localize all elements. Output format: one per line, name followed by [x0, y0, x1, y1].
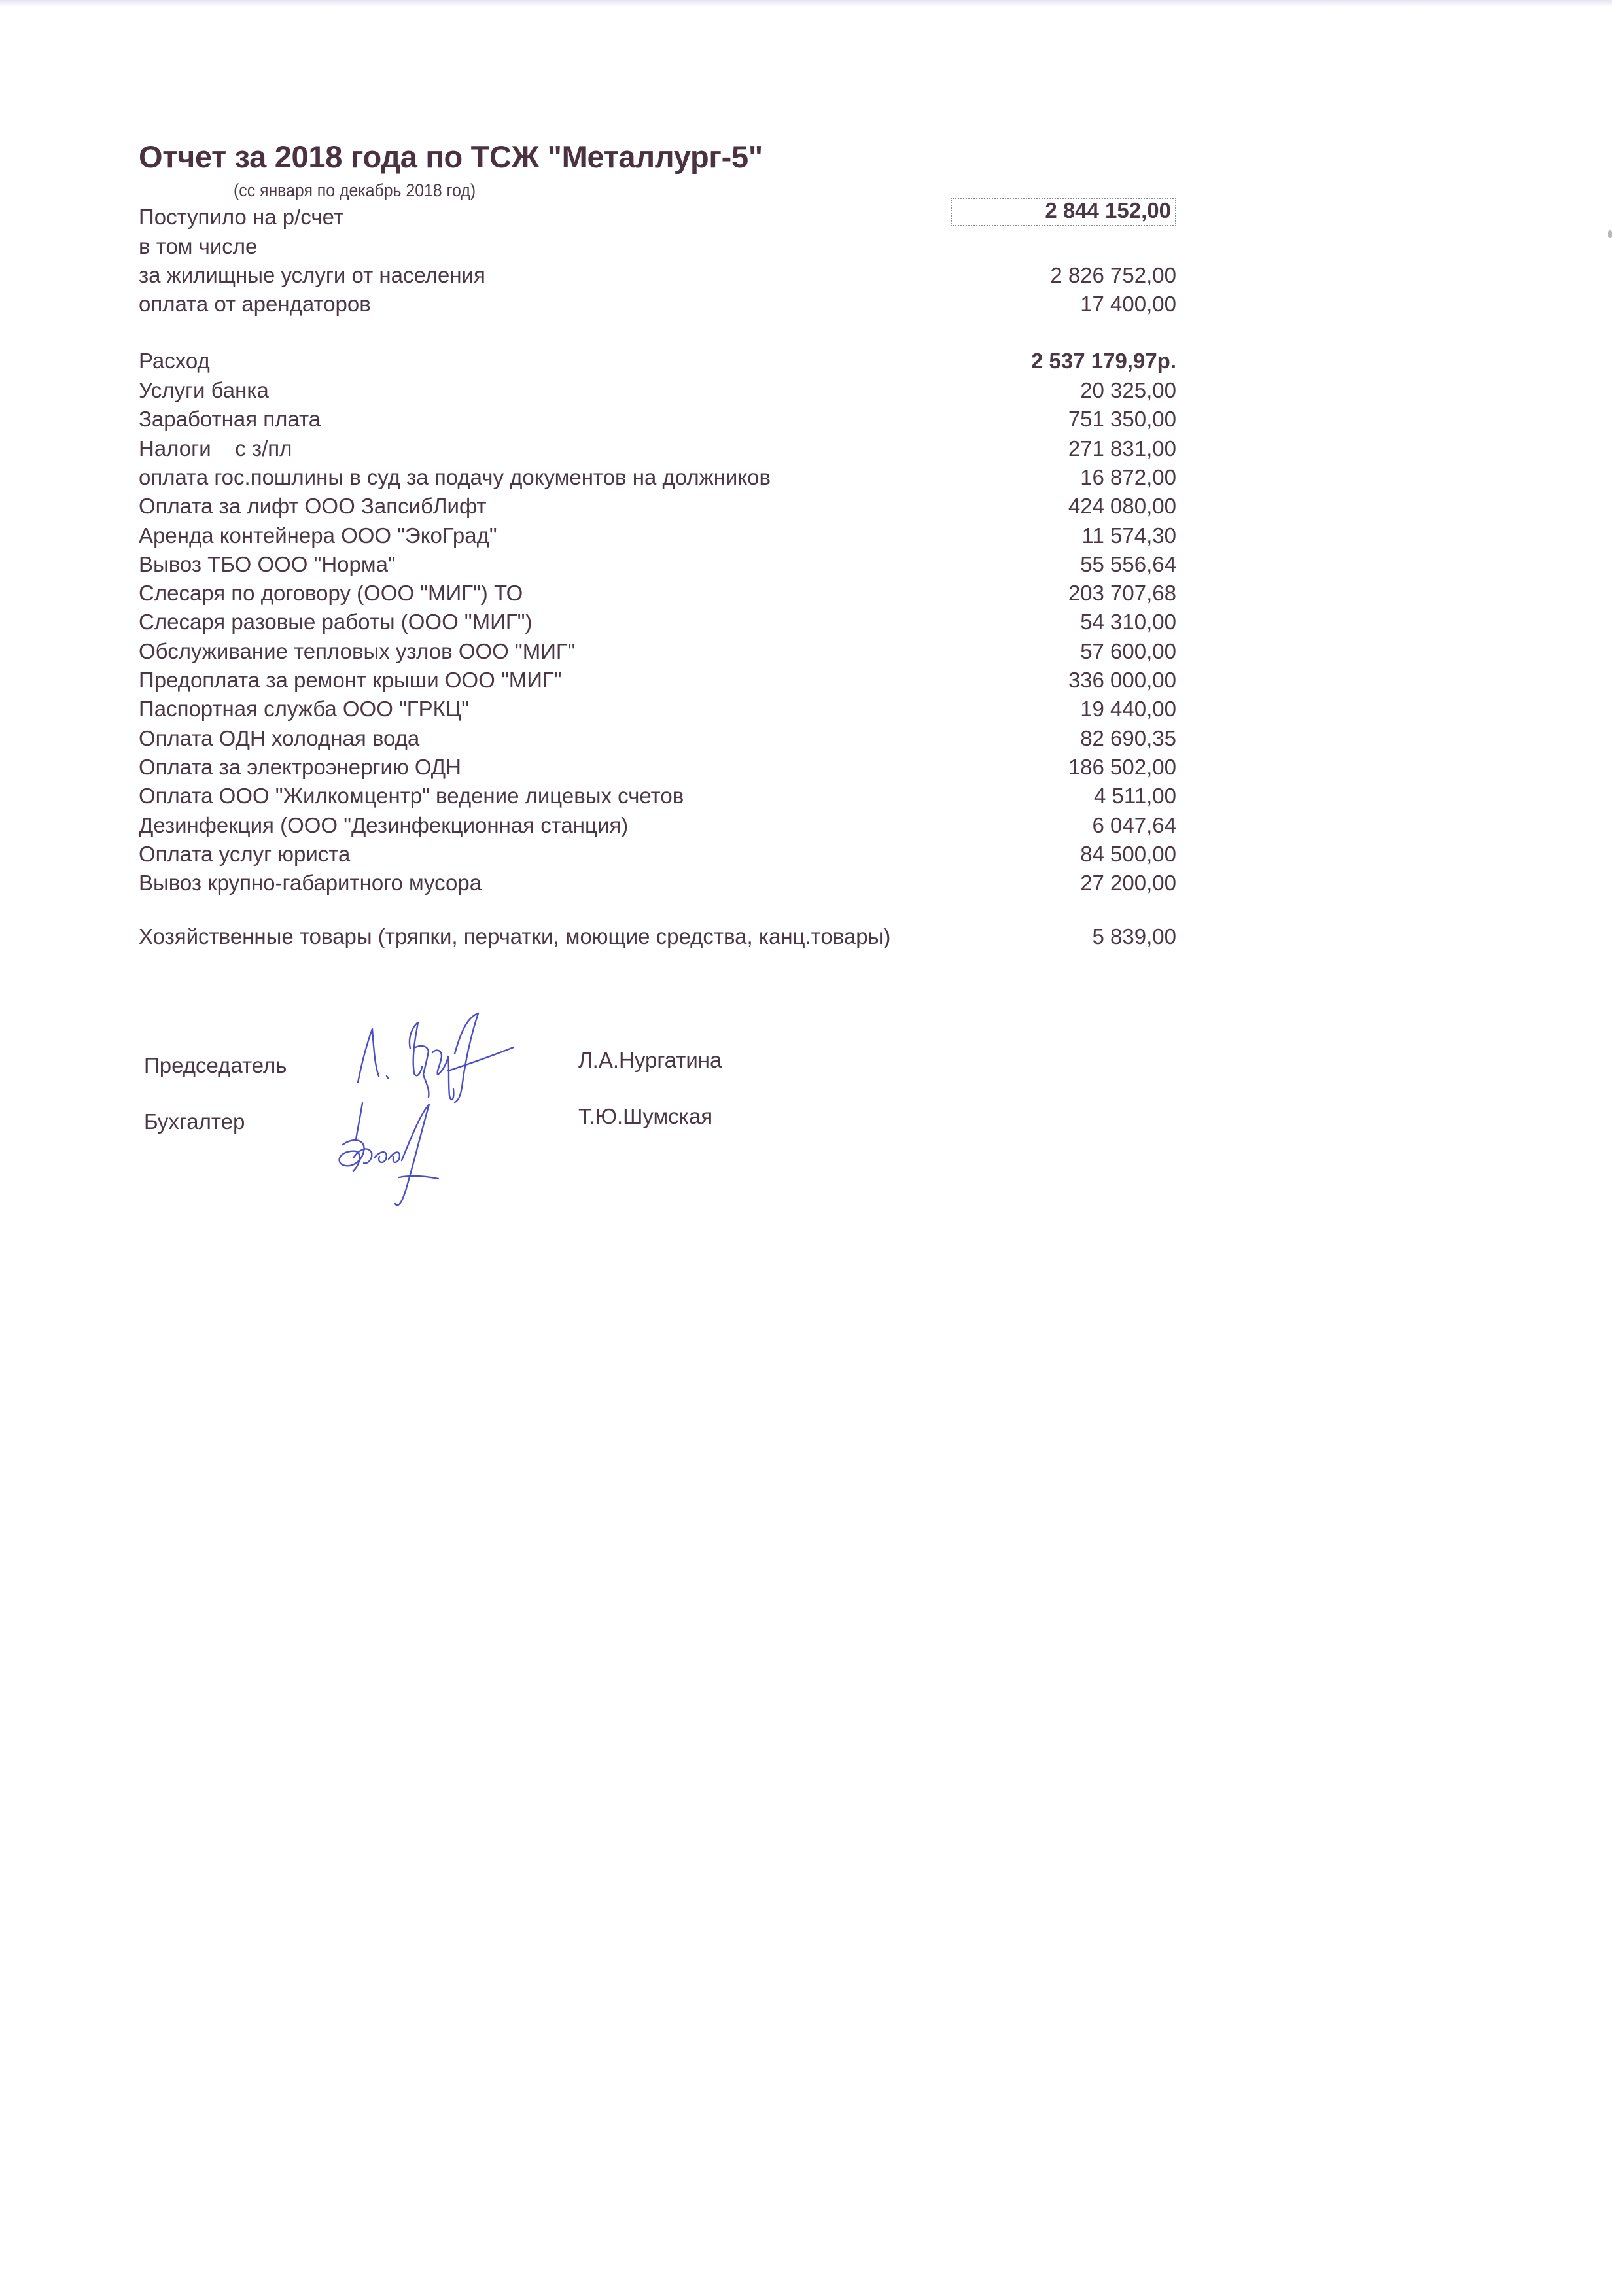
- expense-supplies-row: Хозяйственные товары (тряпки, перчатки, …: [139, 918, 1176, 947]
- expense-item-label: Дезинфекция (ООО "Дезинфекционная станци…: [139, 814, 628, 836]
- chairman-role-label: Председатель: [144, 1054, 287, 1076]
- income-item-label: за жилищные услуги от населения: [139, 264, 485, 286]
- expense-item-amount: 424 080,00: [1068, 495, 1176, 517]
- expense-item-row: Оплата за электроэнергию ОДН186 502,00: [139, 749, 1176, 778]
- income-item-amount: 2 826 752,00: [1050, 264, 1176, 286]
- expense-item-label: Предоплата за ремонт крыши ООО "МИГ": [139, 669, 562, 691]
- expense-item-amount: 186 502,00: [1068, 756, 1176, 778]
- expense-item-row: Обслуживание тепловых узлов ООО "МИГ"57 …: [139, 633, 1176, 662]
- expense-item-amount: 57 600,00: [1080, 640, 1176, 662]
- expense-item-amount: 19 440,00: [1080, 698, 1176, 720]
- expense-item-row: Слесаря по договору (ООО "МИГ") ТО203 70…: [139, 575, 1176, 604]
- expense-item-label: оплата гос.пошлины в суд за подачу докум…: [139, 466, 771, 488]
- expense-item-row: Паспортная служба ООО "ГРКЦ"19 440,00: [139, 691, 1176, 720]
- expense-item-label: Оплата ООО "Жилкомцентр" ведение лицевых…: [139, 785, 684, 807]
- expense-item-label: Оплата за электроэнергию ОДН: [139, 756, 461, 778]
- expense-item-amount: 20 325,00: [1080, 379, 1176, 401]
- income-item-row: за жилищные услуги от населения 2 826 75…: [139, 257, 1176, 286]
- income-item-row: оплата от арендаторов 17 400,00: [139, 286, 1176, 315]
- expense-item-amount: 16 872,00: [1080, 466, 1176, 488]
- expense-item-label: Слесаря разовые работы (ООО "МИГ"): [139, 611, 532, 633]
- expense-item-label: Заработная плата: [139, 408, 321, 430]
- expense-item-amount: 54 310,00: [1080, 611, 1176, 633]
- expense-item-row: Заработная плата751 350,00: [139, 401, 1176, 430]
- expense-item-label: Паспортная служба ООО "ГРКЦ": [139, 698, 469, 720]
- expense-item-label: Оплата услуг юриста: [139, 843, 350, 865]
- expense-item-row: Аренда контейнера ООО "ЭкоГрад"11 574,30: [139, 517, 1176, 546]
- expense-item-row: оплата гос.пошлины в суд за подачу докум…: [139, 459, 1176, 488]
- expense-item-amount: 6 047,64: [1093, 814, 1176, 836]
- document-period: (сс января по декабрь 2018 год): [234, 181, 476, 201]
- expense-item-row: Оплата ОДН холодная вода82 690,35: [139, 720, 1176, 749]
- expense-item-row: Слесаря разовые работы (ООО "МИГ")54 310…: [139, 604, 1176, 633]
- expense-item-amount: 271 831,00: [1068, 438, 1176, 459]
- expense-item-amount: 4 511,00: [1094, 785, 1176, 807]
- expense-item-amount: 11 574,30: [1082, 525, 1176, 546]
- expense-item-row: Налоги с з/пл271 831,00: [139, 430, 1176, 459]
- expense-item-amount: 336 000,00: [1068, 669, 1176, 691]
- expense-item-amount: 27 200,00: [1080, 872, 1176, 894]
- expense-item-amount: 203 707,68: [1068, 582, 1176, 604]
- expense-item-row: Вывоз ТБО ООО "Норма"55 556,64: [139, 546, 1176, 575]
- income-total-amount: 2 844 152,00: [1045, 200, 1171, 221]
- expense-item-row: Вывоз крупно-габаритного мусора27 200,00: [139, 865, 1176, 894]
- income-total-label: Поступило на р/счет: [139, 206, 343, 228]
- accountant-name: Т.Ю.Шумская: [578, 1105, 712, 1127]
- expense-supplies-label: Хозяйственные товары (тряпки, перчатки, …: [139, 926, 890, 947]
- accountant-role-label: Бухгалтер: [144, 1111, 245, 1132]
- income-including-label: в том числе: [139, 235, 257, 257]
- accountant-signature: [334, 1099, 451, 1210]
- income-item-amount: 17 400,00: [1080, 293, 1176, 315]
- expense-item-label: Обслуживание тепловых узлов ООО "МИГ": [139, 640, 576, 662]
- income-item-label: оплата от арендаторов: [139, 293, 371, 315]
- expense-supplies-amount: 5 839,00: [1093, 926, 1176, 947]
- expense-item-row: Оплата за лифт ООО ЗапсибЛифт424 080,00: [139, 488, 1176, 517]
- document-title: Отчет за 2018 года по ТСЖ "Металлург-5": [139, 139, 763, 175]
- expense-item-label: Слесаря по договору (ООО "МИГ") ТО: [139, 582, 523, 604]
- expense-total-row: Расход 2 537 179,97р.: [139, 343, 1176, 372]
- expense-item-row: Услуги банка20 325,00: [139, 372, 1176, 401]
- expense-item-amount: 55 556,64: [1080, 553, 1176, 575]
- expense-item-label: Вывоз крупно-габаритного мусора: [139, 872, 482, 894]
- chairman-name: Л.А.Нургатина: [578, 1049, 722, 1071]
- expense-item-label: Оплата ОДН холодная вода: [139, 727, 419, 749]
- expense-item-row: Предоплата за ремонт крыши ООО "МИГ"336 …: [139, 662, 1176, 691]
- expense-item-row: Оплата ООО "Жилкомцентр" ведение лицевых…: [139, 778, 1176, 807]
- expense-item-label: Оплата за лифт ООО ЗапсибЛифт: [139, 495, 487, 517]
- expense-item-amount: 82 690,35: [1080, 727, 1176, 749]
- expense-item-label: Вывоз ТБО ООО "Норма": [139, 553, 396, 575]
- chairman-signature: [350, 1011, 520, 1109]
- expense-item-label: Услуги банка: [139, 379, 269, 401]
- expense-total-amount: 2 537 179,97р.: [1031, 350, 1176, 372]
- income-total-box: 2 844 152,00: [951, 198, 1176, 226]
- expense-item-amount: 84 500,00: [1080, 843, 1176, 865]
- expense-item-label: Аренда контейнера ООО "ЭкоГрад": [139, 525, 497, 546]
- expense-item-row: Дезинфекция (ООО "Дезинфекционная станци…: [139, 807, 1176, 836]
- expense-item-row: Оплата услуг юриста84 500,00: [139, 836, 1176, 865]
- expense-item-label: Налоги с з/пл: [139, 438, 292, 459]
- scan-edge-strip: [0, 0, 1612, 7]
- scan-artifact: [1608, 230, 1612, 238]
- income-including-row: в том числе: [139, 228, 1176, 257]
- expense-total-label: Расход: [139, 350, 210, 372]
- expense-item-amount: 751 350,00: [1068, 408, 1176, 430]
